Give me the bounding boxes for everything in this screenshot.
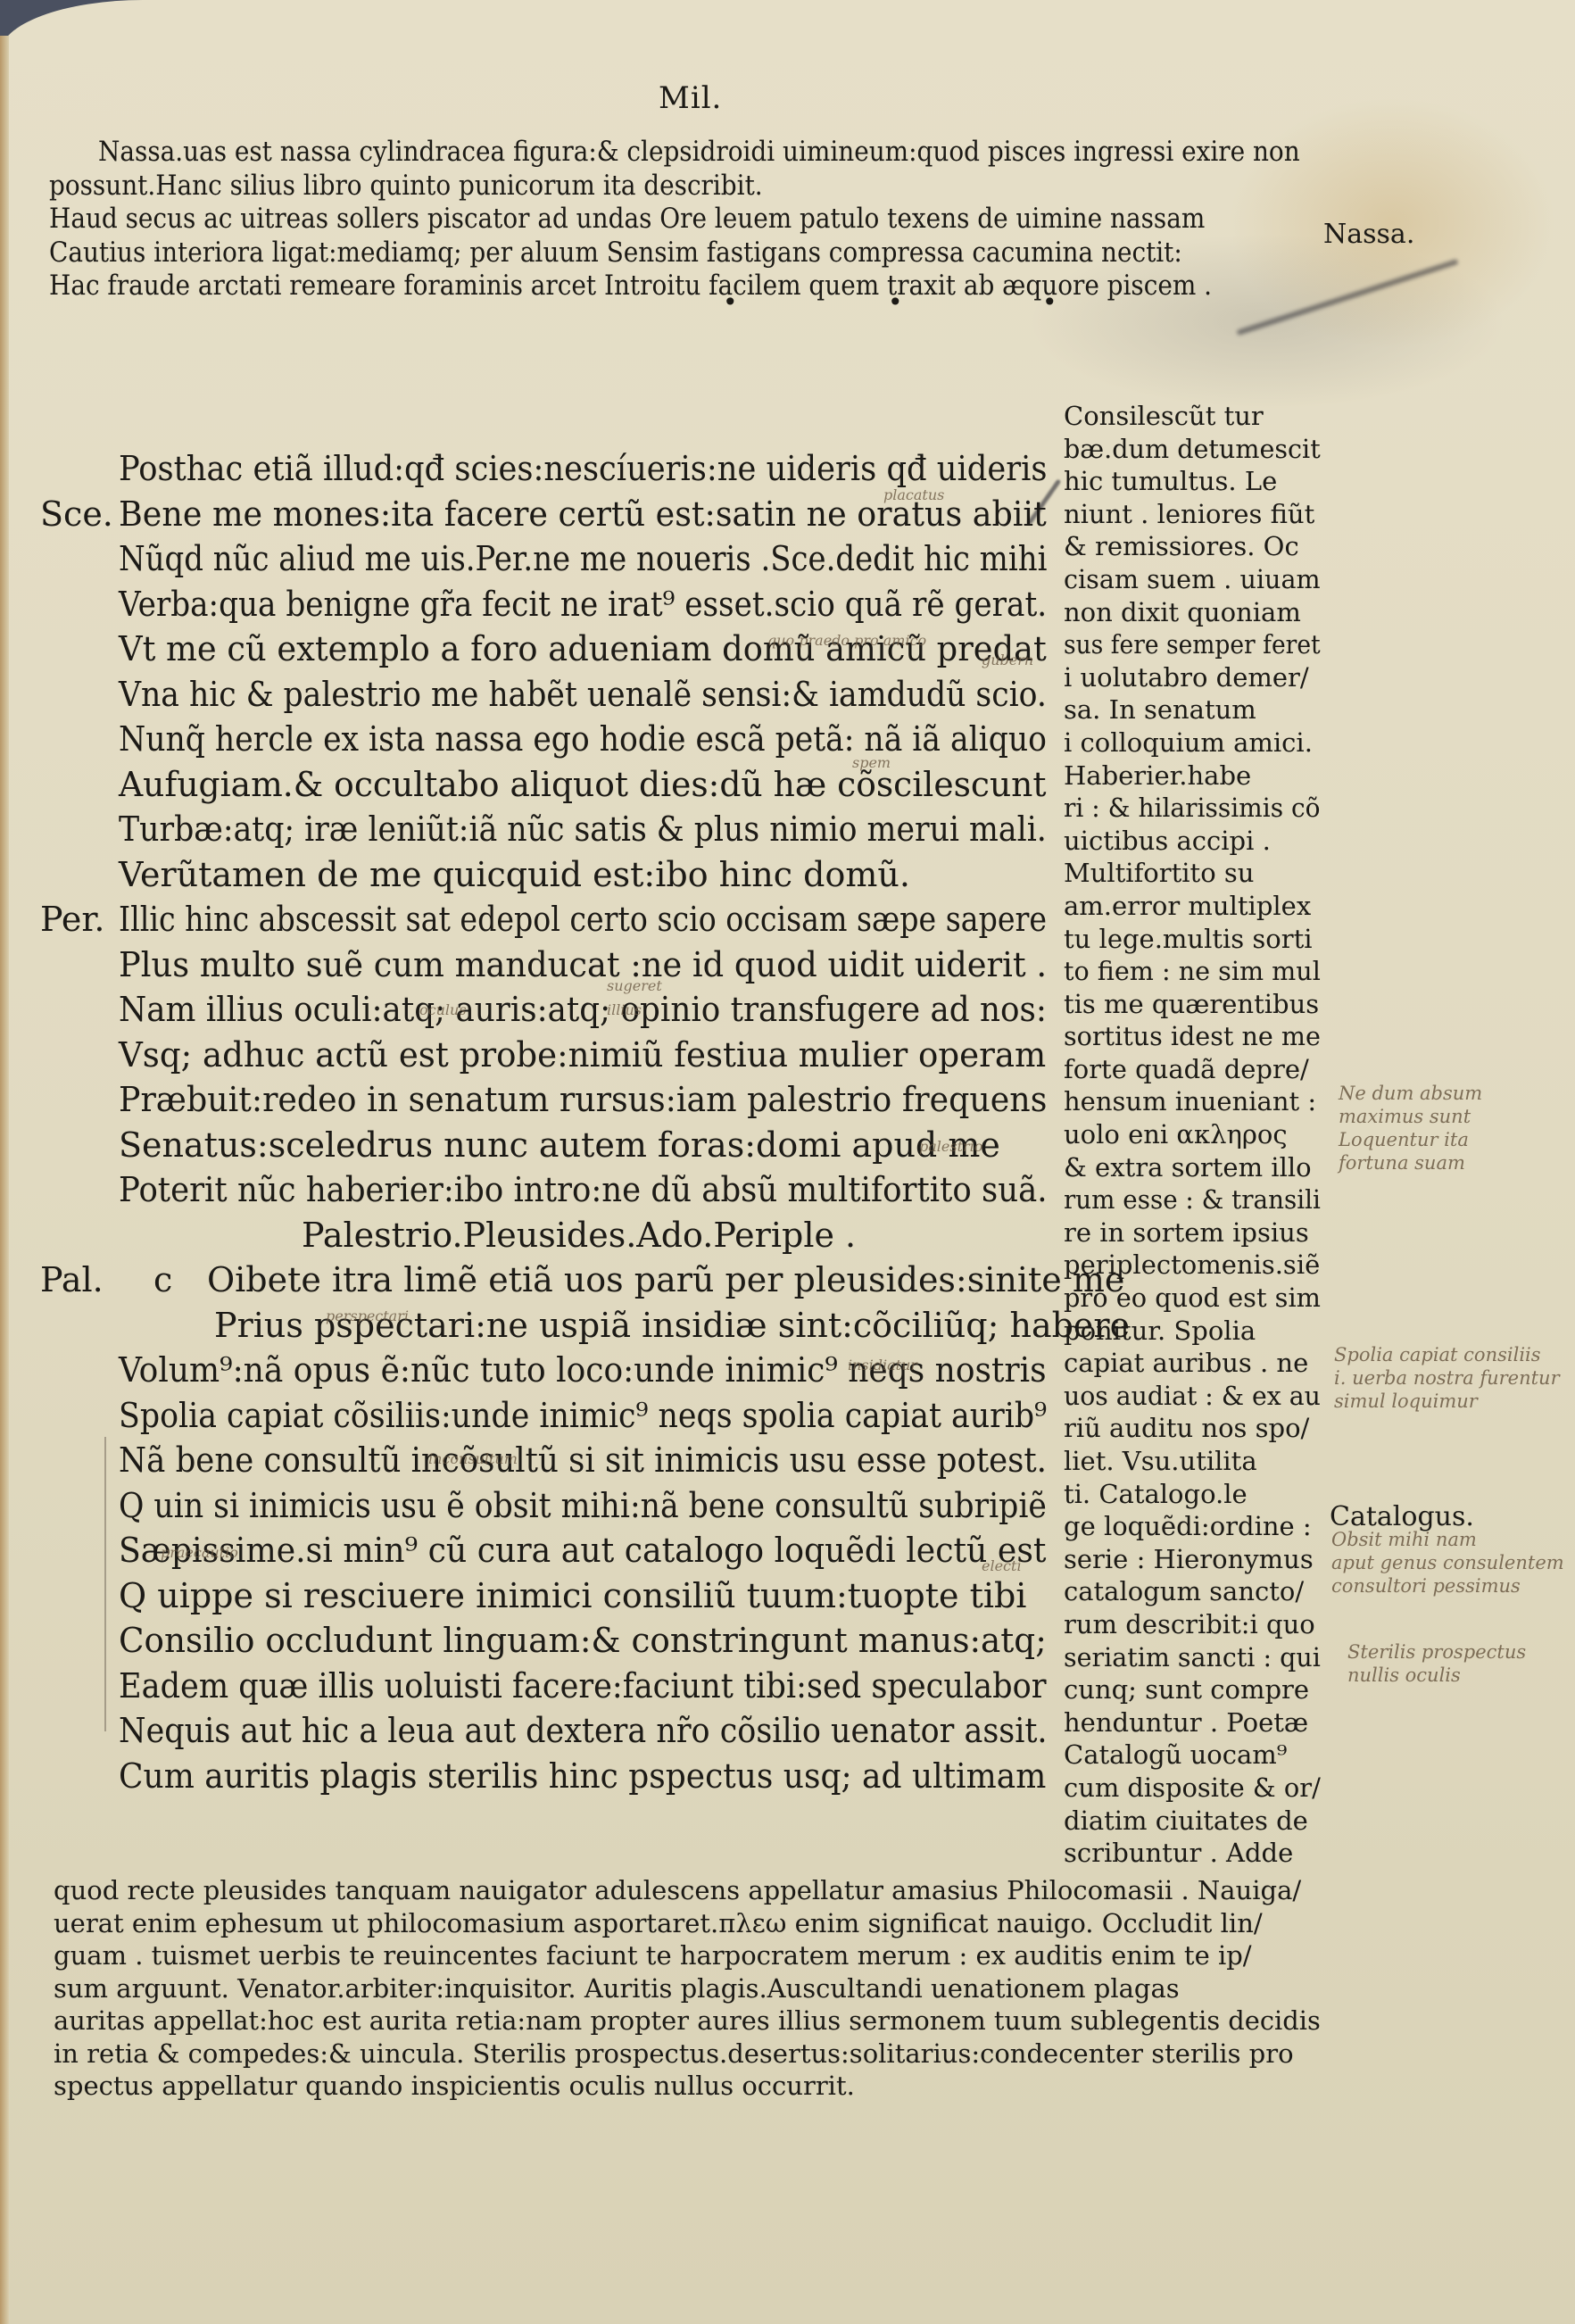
verse-line: Eadem quæ illis uoluisti facere:faciunt … <box>0 1664 1053 1709</box>
commentary-line: ri : & hilarissimis cõ <box>1064 792 1321 825</box>
verse-line: Sæpissime.si min⁹ cũ cura aut catalogo l… <box>0 1528 1053 1573</box>
commentary-line: cunq; sunt compre <box>1064 1673 1309 1706</box>
commentary-line: sa. In senatum <box>1064 693 1256 726</box>
commentary-line: Haberier.habe <box>1064 759 1251 793</box>
commentary-line: & extra sortem illo <box>1064 1151 1312 1184</box>
right-commentary: Consilescũt tur bæ.dum detumescit hic tu… <box>1064 400 1331 1870</box>
verse-line: Q uin si inimicis usu ẽ obsit mihi:nã be… <box>0 1483 1053 1529</box>
commentary-line: guam . tuismet uerbis te reuincentes fac… <box>54 1939 1252 1972</box>
verse-text-line: Plus multo suẽ cum manducat :ne id quod … <box>119 942 1047 987</box>
commentary-line: Cautius interiora ligat:mediamq; per alu… <box>49 237 599 270</box>
handwritten-line: consultori pessimus <box>1331 1574 1564 1598</box>
printer-dot: • <box>1042 287 1057 317</box>
verse-text-line: Præbuit:redeo in senatum rursus:iam pale… <box>119 1077 1047 1122</box>
verse-line: Vna hic & palestrio me habẽt uenalẽ sens… <box>0 672 1053 718</box>
commentary-line: ti. Catalogo.le <box>1064 1478 1248 1511</box>
commentary-line: to fiem : ne sim mul <box>1064 955 1321 988</box>
commentary-line: riũ auditu nos spo/ <box>1064 1412 1309 1445</box>
interlinear-note: quo praedo pro amico <box>767 632 926 649</box>
book-page: Mil. Nassa.uas est nassa cylindracea fig… <box>0 0 1575 2324</box>
verse-text-line: Nã bene consultũ incõsultũ si sit inimic… <box>119 1438 1047 1482</box>
verse-line: Spolia capiat cõsiliis:unde inimic⁹ neqs… <box>0 1393 1053 1439</box>
commentary-line: cum disposite & or/ <box>1064 1772 1321 1805</box>
commentary-line: periplectomenis.siẽ <box>1064 1249 1320 1282</box>
verse-line: Turbæ:atq; iræ leniũt:iã nũc satis & plu… <box>0 807 1053 852</box>
verse-line: Posthac etiã illud:qđ scies:nescíueris:n… <box>0 446 1053 492</box>
verse-line: Q uippe si resciuere inimici consiliũ tu… <box>0 1573 1053 1619</box>
verse-line: Consilio occludunt linguam:& constringun… <box>0 1618 1053 1664</box>
commentary-line: possunt.Hanc silius libro quinto punicor… <box>49 170 763 203</box>
verse-line: Pal.cOibete itra limẽ etiã uos parũ per … <box>0 1257 1053 1303</box>
verse-line: Prius pspectari:ne uspiã insidiæ sint:cõ… <box>0 1303 1053 1349</box>
verse-text-line: Vsq; adhuc actũ est probe:nimiũ festiua … <box>119 1033 1046 1077</box>
handwritten-line: i. uerba nostra furentur <box>1334 1366 1560 1390</box>
commentary-line: i colloquium amici. <box>1064 726 1313 759</box>
verse-line: Præbuit:redeo in senatum rursus:iam pale… <box>0 1077 1053 1123</box>
handwritten-line: Ne dum absum <box>1339 1082 1482 1105</box>
verse-text-line: Verba:qua benigne gr̃a fecit ne irat⁹ es… <box>119 582 1047 627</box>
scene-heading: Palestrio.Pleusides.Ado.Periple . <box>0 1213 1053 1258</box>
interlinear-note: inconsultum <box>428 1450 518 1467</box>
scene-heading-text: Palestrio.Pleusides.Ado.Periple . <box>302 1213 856 1257</box>
commentary-line: sus fere semper feret <box>1064 628 1321 661</box>
verse-text-line: Nequis aut hic a leua aut dextera nr̃o c… <box>119 1708 1048 1753</box>
margin-heading-nassa: Nassa. <box>1323 219 1414 250</box>
commentary-line: auritas appellat:hoc est aurita retia:na… <box>54 2004 1321 2038</box>
handwritten-line: maximus sunt <box>1339 1105 1482 1128</box>
handwritten-line: Obsit mihi nam <box>1331 1528 1564 1551</box>
commentary-line: spectus appellatur quando inspicientis o… <box>54 2070 855 2103</box>
commentary-line: serie : Hieronymus <box>1064 1543 1314 1576</box>
commentary-line: re in sortem ipsius <box>1064 1216 1309 1249</box>
verse-text-line: Consilio occludunt linguam:& constringun… <box>119 1618 1047 1663</box>
commentary-line: am.error multiplex <box>1064 890 1311 923</box>
commentary-line: bæ.dum detumescit <box>1064 433 1321 466</box>
commentary-line: non dixit quoniam <box>1064 596 1301 629</box>
commentary-line: rum esse : & transili <box>1064 1183 1321 1216</box>
interlinear-note: placatus <box>883 486 944 503</box>
verse-text-line: Poterit nũc haberier:ibo intro:ne dũ abs… <box>119 1167 1048 1212</box>
verse-line: Nunq̃ hercle ex ista nassa ego hodie esc… <box>0 717 1053 762</box>
commentary-line: catalogum sancto/ <box>1064 1575 1304 1608</box>
speaker-label: Pal. <box>40 1257 104 1302</box>
margin-bracket-line <box>104 1437 106 1731</box>
verse-line: Nam illius oculi:atq; auris:atq; opinio … <box>0 987 1053 1033</box>
verse-text-line: Verũtamen de me quicquid est:ibo hinc do… <box>119 852 910 897</box>
commentary-line: & remissiores. Oc <box>1064 530 1299 563</box>
handwritten-margin-note: Spolia capiat consiliis i. uerba nostra … <box>1334 1343 1560 1413</box>
interlinear-note: gubern <box>982 652 1033 668</box>
commentary-line: Consilescũt tur <box>1064 400 1264 433</box>
handwritten-margin-note: Sterilis prospectus nullis oculis <box>1347 1640 1526 1687</box>
verse-text-line: Spolia capiat cõsiliis:unde inimic⁹ neqs… <box>119 1393 1047 1438</box>
commentary-line: Hac fraude arctati remeare foraminis arc… <box>49 270 596 303</box>
guide-letter: c <box>153 1257 172 1302</box>
commentary-line: Sensim fastigans compressa cacumina nect… <box>607 237 1182 270</box>
commentary-line: Ore leuem patulo texens de uimine nassam <box>659 203 1205 237</box>
verse-text-line: Cum auritis plagis sterilis hinc pspectu… <box>119 1754 1046 1798</box>
commentary-line: sortitus idest ne me <box>1064 1020 1321 1053</box>
interlinear-note: electi <box>982 1557 1022 1574</box>
verse-text-line: Q uippe si resciuere inimici consiliũ tu… <box>119 1573 1026 1618</box>
commentary-line: hensum inueniant : <box>1064 1085 1316 1118</box>
commentary-line: quod recte pleusides tanquam nauigator a… <box>54 1874 1301 1907</box>
commentary-line: ponitur. Spolia <box>1064 1315 1256 1348</box>
verse-text-line: Vna hic & palestrio me habẽt uenalẽ sens… <box>119 672 1047 717</box>
commentary-line: forte quadã depre/ <box>1064 1053 1309 1086</box>
verse-text: Posthac etiã illud:qđ scies:nescíueris:n… <box>0 446 1053 1798</box>
handwritten-line: aput genus consulentem <box>1331 1551 1564 1574</box>
verse-line: Cum auritis plagis sterilis hinc pspectu… <box>0 1754 1053 1799</box>
verse-text-line: Q uin si inimicis usu ẽ obsit mihi:nã be… <box>119 1483 1047 1528</box>
interlinear-note: spem <box>852 754 891 771</box>
verse-text-line: Nam illius oculi:atq; auris:atq; opinio … <box>119 987 1047 1032</box>
commentary-line: liet. Vsu.utilita <box>1064 1445 1257 1478</box>
interlinear-note: illius <box>607 1001 642 1018</box>
verse-line: Nã bene consultũ incõsultũ si sit inimic… <box>0 1438 1053 1483</box>
interlinear-note: perspectari <box>326 1307 409 1324</box>
commentary-line: Catalogũ uocam⁹ <box>1064 1739 1287 1772</box>
verse-line: Vsq; adhuc actũ est probe:nimiũ festiua … <box>0 1033 1053 1078</box>
commentary-line: Haud secus ac uitreas sollers piscator a… <box>49 203 651 237</box>
verse-line: Aufugiam.& occultabo aliquot dies:dũ hæ … <box>0 762 1053 808</box>
interlinear-note: insidiatur <box>848 1357 917 1374</box>
handwritten-margin-note: Obsit mihi nam aput genus consulentem co… <box>1331 1528 1564 1598</box>
verse-line: Senatus:sceledrus nunc autem foras:domi … <box>0 1123 1053 1168</box>
top-commentary: Nassa.uas est nassa cylindracea figura:&… <box>49 136 1325 303</box>
interlinear-note: sugeret <box>607 977 662 994</box>
commentary-line: Multifortito su <box>1064 857 1254 890</box>
handwritten-margin-note: Ne dum absum maximus sunt Loquentur ita … <box>1339 1082 1482 1174</box>
handwritten-line: simul loquimur <box>1334 1390 1560 1413</box>
commentary-line: ge loquẽdi:ordine : <box>1064 1510 1312 1543</box>
commentary-line: cisam suem . uiuam <box>1064 563 1321 596</box>
commentary-line: Introitu facilem quem traxit ab æquore p… <box>604 270 1212 303</box>
commentary-line: Nassa.uas est nassa cylindracea figura:&… <box>49 136 1300 170</box>
commentary-line: sum arguunt. Venator.arbiter:inquisitor.… <box>54 1972 1180 2005</box>
commentary-line: capiat auribus . ne <box>1064 1347 1308 1380</box>
verse-text-line: Sæpissime.si min⁹ cũ cura aut catalogo l… <box>119 1528 1046 1573</box>
verse-line: Nequis aut hic a leua aut dextera nr̃o c… <box>0 1708 1053 1754</box>
verse-text-line: Illic hinc abscessit sat edepol certo sc… <box>119 897 1047 942</box>
running-head: Mil. <box>659 80 722 116</box>
verse-text-line: Senatus:sceledrus nunc autem foras:domi … <box>119 1123 1000 1167</box>
verse-text-line: Posthac etiã illud:qđ scies:nescíueris:n… <box>119 446 1047 491</box>
verse-text-line: Nunq̃ hercle ex ista nassa ego hodie esc… <box>119 717 1047 761</box>
verse-line: Per.Illic hinc abscessit sat edepol cert… <box>0 897 1053 942</box>
verse-line: Plus multo suẽ cum manducat :ne id quod … <box>0 942 1053 988</box>
bottom-commentary: quod recte pleusides tanquam nauigator a… <box>54 1874 1330 2103</box>
verse-line: Nũqd nũc aliud me uis.Per.ne me noueris … <box>0 536 1053 582</box>
speaker-label: Sce. <box>40 492 113 536</box>
commentary-line: diatim ciuitates de <box>1064 1805 1308 1838</box>
verse-text-line: Nũqd nũc aliud me uis.Per.ne me noueris … <box>119 536 1047 581</box>
verse-line: Verũtamen de me quicquid est:ibo hinc do… <box>0 852 1053 898</box>
verse-text-line: Oibete itra limẽ etiã uos parũ per pleus… <box>207 1257 1124 1302</box>
commentary-line: hic tumultus. Le <box>1064 465 1277 498</box>
handwritten-line: Loquentur ita <box>1339 1128 1482 1151</box>
commentary-line: pro eo quod est sim <box>1064 1282 1321 1315</box>
commentary-line: niunt . leniores fiũt <box>1064 498 1314 531</box>
speaker-label: Per. <box>40 897 104 942</box>
interlinear-note: palestrio <box>919 1138 982 1155</box>
printer-dot: • <box>723 287 738 317</box>
verse-line: Poterit nũc haberier:ibo intro:ne dũ abs… <box>0 1167 1053 1213</box>
commentary-line: tis me quærentibus <box>1064 988 1319 1021</box>
verse-line: Verba:qua benigne gr̃a fecit ne irat⁹ es… <box>0 582 1053 627</box>
handwritten-line: nullis oculis <box>1347 1664 1526 1687</box>
commentary-line: uolo eni ακληρος <box>1064 1118 1288 1151</box>
verse-text-line: Turbæ:atq; iræ leniũt:iã nũc satis & plu… <box>119 807 1047 851</box>
commentary-line: seriatim sancti : qui <box>1064 1641 1321 1674</box>
commentary-line: i uolutabro demer/ <box>1064 661 1309 694</box>
handwritten-line: Sterilis prospectus <box>1347 1640 1526 1664</box>
handwritten-line: Spolia capiat consiliis <box>1334 1343 1560 1366</box>
interlinear-note: oculus <box>419 1001 467 1018</box>
interlinear-note: praecautio <box>161 1544 238 1561</box>
commentary-line: henduntur . Poetæ <box>1064 1706 1308 1739</box>
commentary-line: rum describit:i quo <box>1064 1608 1315 1641</box>
verse-text-line: Aufugiam.& occultabo aliquot dies:dũ hæ … <box>119 762 1047 807</box>
printer-dot: • <box>888 287 903 317</box>
commentary-line: uos audiat : & ex au <box>1064 1380 1321 1413</box>
commentary-line: in retia & compedes:& uincula. Sterilis … <box>54 2038 1294 2071</box>
verse-text-line: Eadem quæ illis uoluisti facere:faciunt … <box>119 1664 1047 1708</box>
commentary-line: uictibus accipi . <box>1064 825 1271 858</box>
commentary-line: scribuntur . Adde <box>1064 1837 1293 1870</box>
handwritten-line: fortuna suam <box>1339 1151 1482 1174</box>
commentary-line: tu lege.multis sorti <box>1064 923 1313 956</box>
commentary-line: uerat enim ephesum ut philocomasium aspo… <box>54 1907 1263 1940</box>
